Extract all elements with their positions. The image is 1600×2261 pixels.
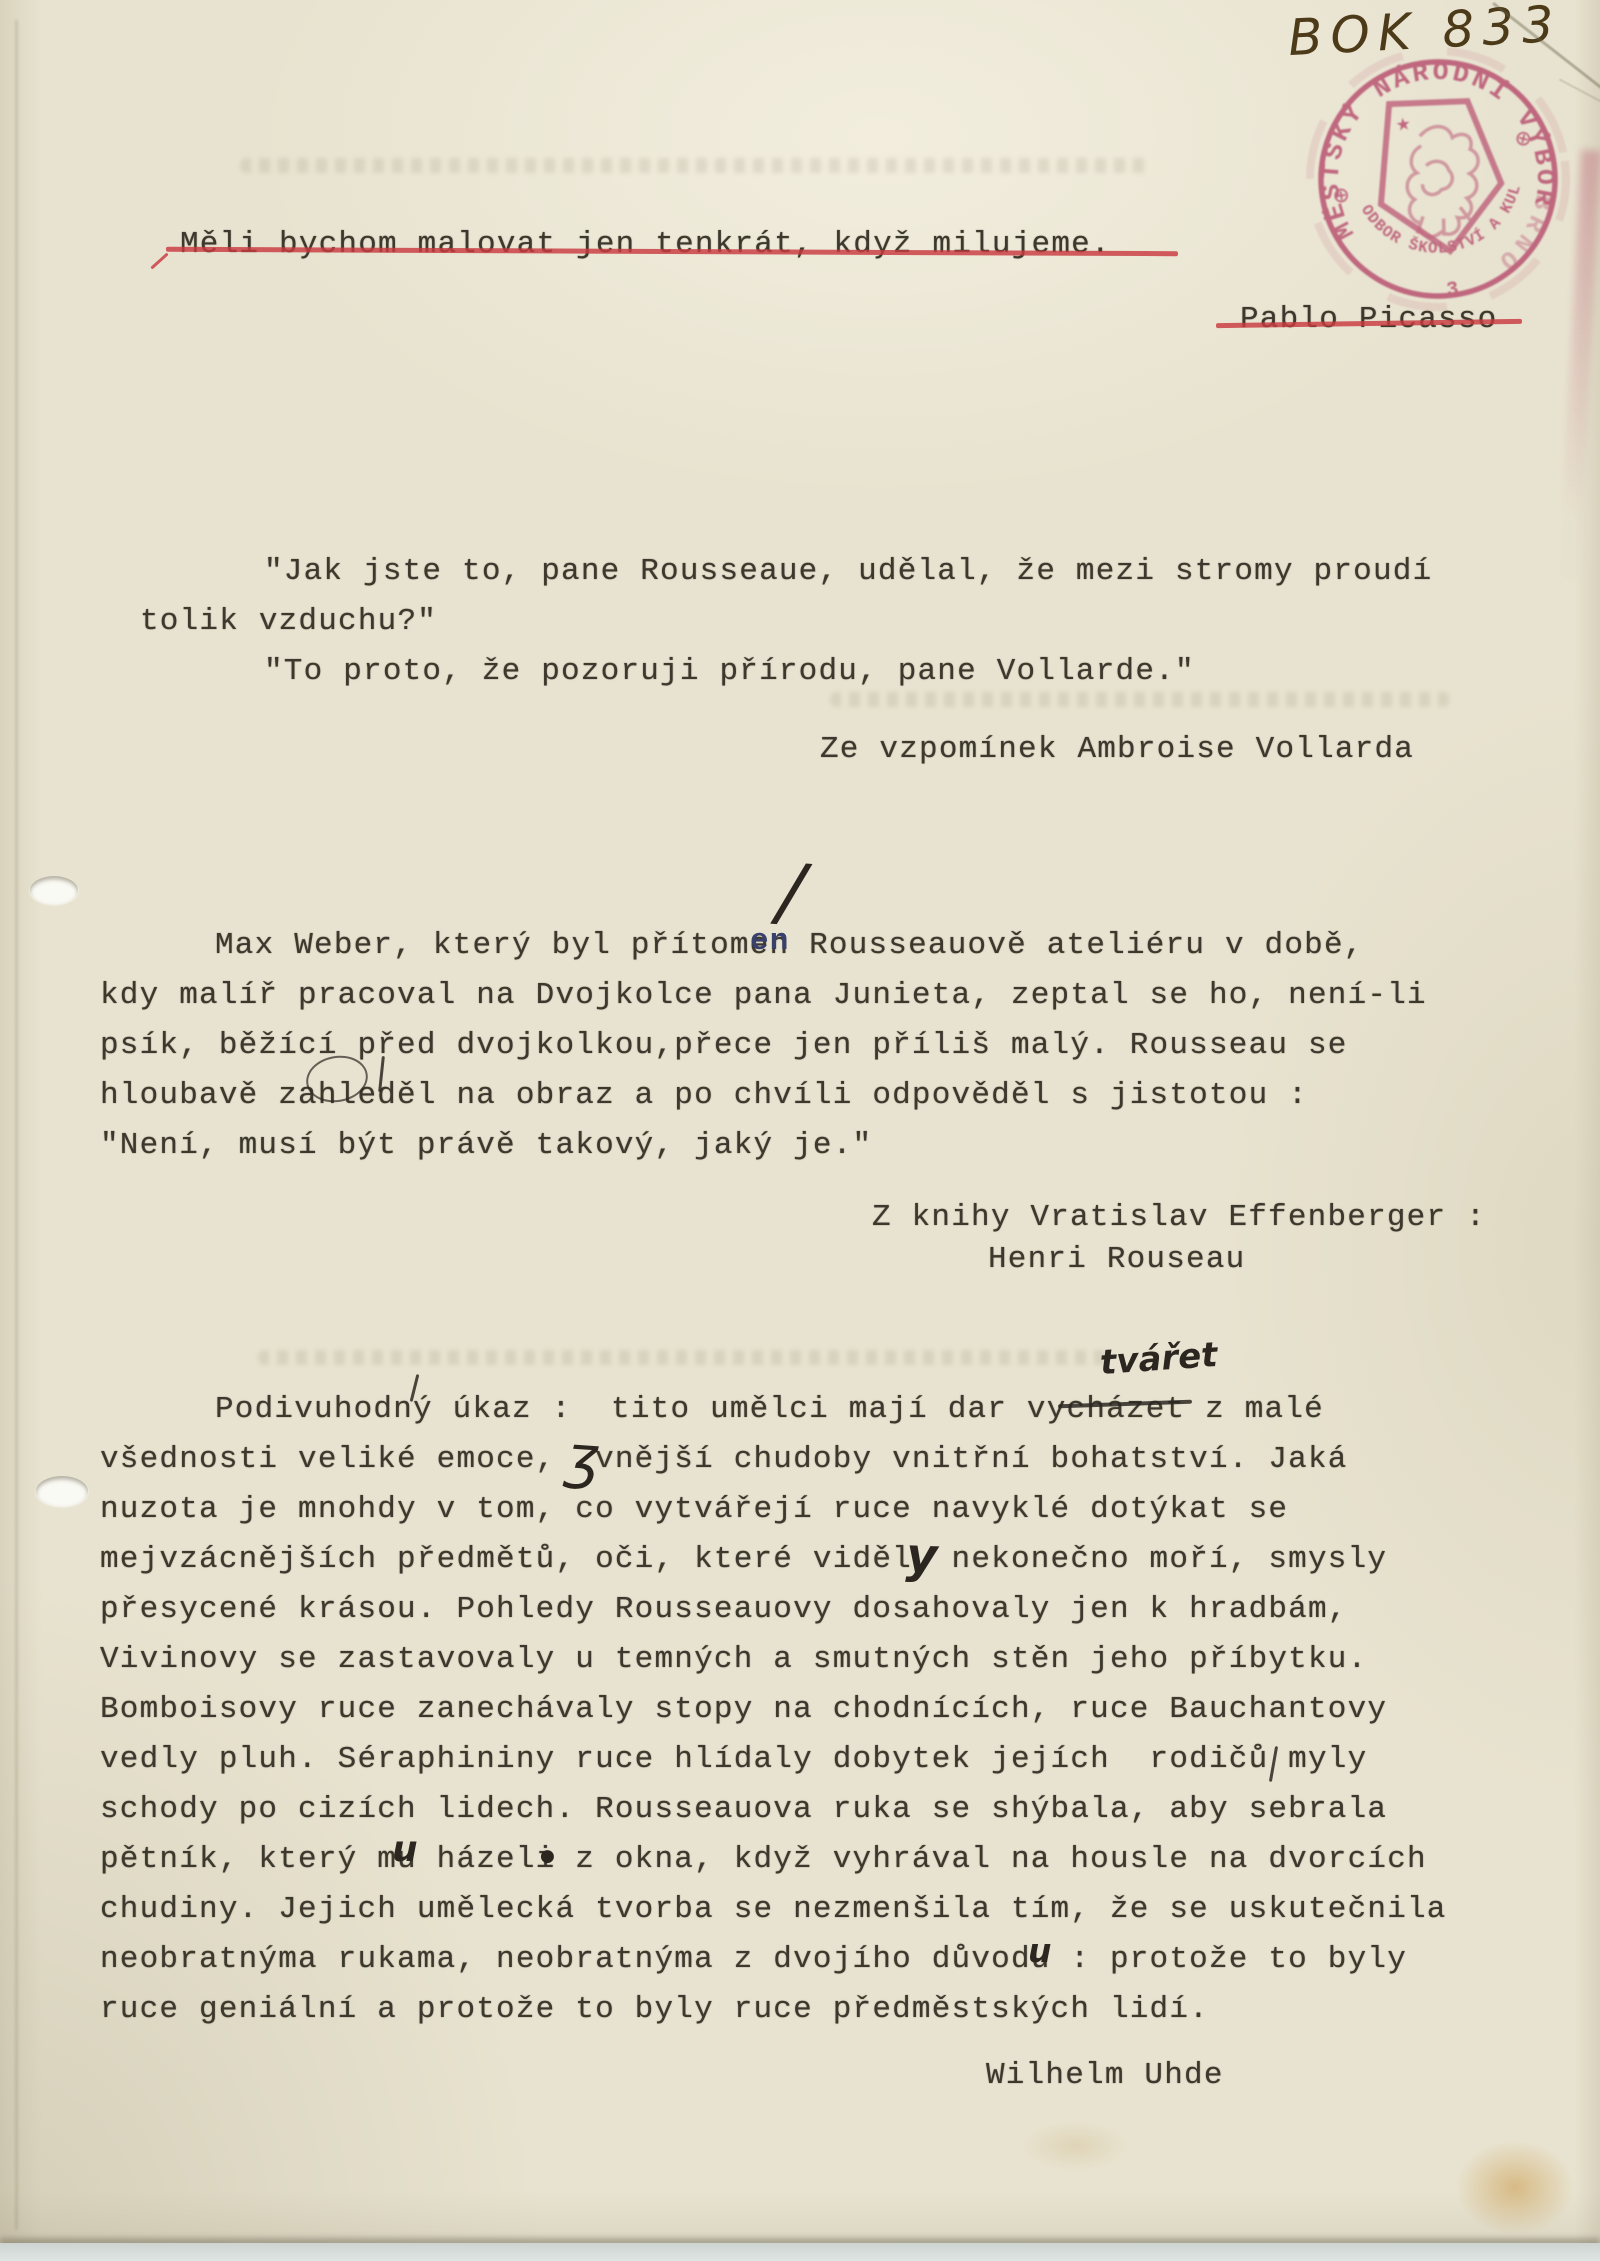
punch-hole-bottom [36, 1476, 88, 1506]
inserted-z: ʒ [564, 1427, 601, 1487]
stain-large [1455, 2140, 1575, 2235]
typewritten-line: Ze vzpomínek Ambroise Vollarda [820, 730, 1414, 770]
typewritten-line: "Není, musí být právě takový, jaký je." [100, 1126, 872, 1166]
typewritten-line: pětník, který mu házeli z okna, když vyh… [100, 1840, 1427, 1880]
typewritten-line: Henri Rouseau [988, 1240, 1245, 1280]
insertion-slash: ∕ [775, 853, 806, 931]
typewritten-line: nuzota je mnohdy v tom, co vytvářejí ruc… [100, 1490, 1288, 1530]
typewritten-line: Z knihy Vratislav Effenberger : [872, 1198, 1486, 1238]
stain-faint [1020, 2120, 1130, 2172]
handwritten-y: y [905, 1531, 938, 1580]
typewritten-line: Wilhelm Uhde [986, 2056, 1224, 2096]
stamp-ornament-left: ⊕ [1332, 181, 1352, 213]
left-fold-crease [15, 20, 18, 2230]
typewritten-line: kdy malíř pracoval na Dvojkolce pana Jun… [100, 976, 1427, 1016]
punch-hole-top [30, 876, 78, 904]
strike-motto-hook [150, 253, 168, 270]
overtype-u-mu: u [392, 1832, 418, 1868]
typewritten-line: hloubavě zahleděl na obraz a po chvíli o… [100, 1076, 1308, 1116]
stamp-number: 3 [1445, 278, 1460, 302]
typewritten-line: Vivinovy se zastavovaly u temných a smut… [100, 1640, 1367, 1680]
typewritten-line: mejvzácnějších předmětů, oči, které vidě… [100, 1540, 1387, 1580]
ghost-ink-line [258, 1350, 1108, 1365]
ink-blob: ● [540, 1848, 555, 1865]
typewritten-line: "Jak jste to, pane Rousseaue, udělal, že… [264, 552, 1432, 592]
typewritten-line: Podivuhodný úkaz : tito umělci mají dar … [215, 1390, 1324, 1430]
typewritten-line: všednosti veliké emoce, vnější chudoby v… [100, 1440, 1348, 1480]
handwritten-code: BOK 833 [1287, 0, 1563, 63]
typewritten-line: "To proto, že pozoruji přírodu, pane Vol… [264, 652, 1195, 692]
typewritten-line: psík, běžící před dvojkolkou,přece jen p… [100, 1026, 1348, 1066]
typewritten-line: neobratnýma rukama, neobratnýma z dvojíh… [100, 1940, 1407, 1980]
overtype-en: en [750, 926, 790, 957]
typewritten-line: přesycené krásou. Pohledy Rousseauovy do… [100, 1590, 1348, 1630]
ghost-ink-line [240, 158, 1150, 173]
typewritten-line: Bomboisovy ruce zanechávaly stopy na cho… [100, 1690, 1387, 1730]
typewritten-line: ruce geniální a protože to byly ruce pře… [100, 1990, 1209, 2030]
handwritten-tvaret: tvářet [1099, 1338, 1219, 1380]
ghost-ink-line [830, 692, 1450, 707]
typewritten-line: chudiny. Jejich umělecká tvorba se nezme… [100, 1890, 1447, 1930]
scanner-bed-edge [0, 2243, 1600, 2261]
typewritten-line: tolik vzduchu?" [140, 602, 437, 642]
typewritten-line: schody po cizích lidech. Rousseauova ruk… [100, 1790, 1387, 1830]
scanned-document-page: Měli bychom malovat jen tenkrát, když mi… [0, 0, 1600, 2261]
typewritten-line: Měli bychom malovat jen tenkrát, když mi… [180, 225, 1111, 265]
typewritten-line: vedly pluh. Séraphininy ruce hlídaly dob… [100, 1740, 1367, 1780]
overtype-u-duvodu: u [1028, 1934, 1052, 1967]
stamp-star-icon: ★ [1394, 110, 1412, 139]
